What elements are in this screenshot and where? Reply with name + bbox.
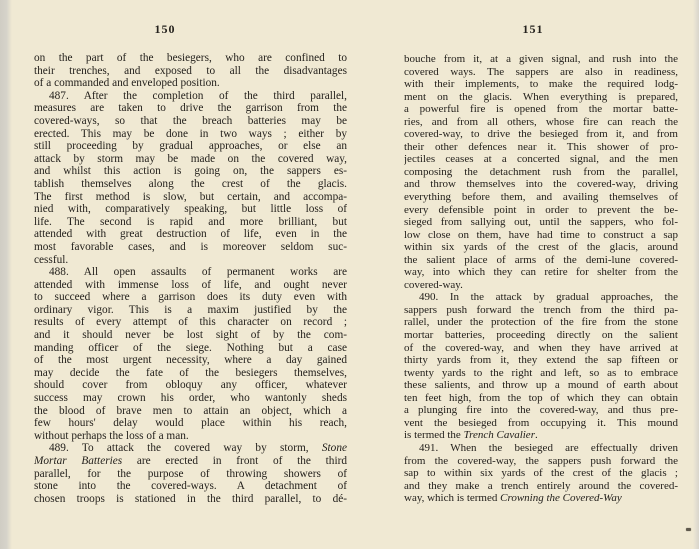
text-line: within six yards of the crest of the gla…	[404, 241, 678, 254]
text-line: chosen troops is stationed in the third …	[34, 493, 347, 506]
text-line: ordinary vigor. This is a maxim justifie…	[34, 304, 347, 317]
text-line: life. The second is rapid and more brill…	[34, 216, 347, 229]
text-line: sap to within six yards of the crest of …	[404, 467, 678, 480]
text-line: of the most urgent necessity, where a da…	[34, 354, 347, 367]
text-line: thirty yards from it, they extend the sa…	[404, 354, 678, 367]
text-line: vent the besieged from occupying it. Thi…	[404, 417, 678, 430]
text-line: cessful.	[34, 254, 347, 267]
text-line: The first method is slow, but certain, a…	[34, 191, 347, 204]
text-line: covered-way.	[404, 279, 678, 292]
text-line: success may crown his order, who wantonl…	[34, 392, 347, 405]
text-line: 491. When the besieged are effectually d…	[404, 442, 678, 455]
text-line: way, into which they can retire for shel…	[404, 266, 678, 279]
text-line: 489. To attack the covered way by storm,…	[34, 442, 347, 455]
text-line: covered ways. The sappers are also in re…	[404, 66, 678, 79]
page-text-left: on the part of the besiegers, who are co…	[34, 52, 347, 505]
text-line: should cover from obloquy any officer, w…	[34, 379, 347, 392]
text-line: and whilst this action is going on, the …	[34, 165, 347, 178]
text-line: nied with, comparatively speaking, but l…	[34, 203, 347, 216]
text-line: these salients, and throw up a mound of …	[404, 379, 678, 392]
text-line: results of every attempt of this charact…	[34, 316, 347, 329]
text-line: their trenches, and exposed to all the d…	[34, 65, 347, 78]
text-line: sappers push forward the trench from the…	[404, 304, 678, 317]
text-line: may decide the fate of the besiegers the…	[34, 367, 347, 380]
text-line: erected. This may be done in two ways ; …	[34, 128, 347, 141]
text-line: and they make a trench entirely around t…	[404, 480, 678, 493]
text-line: sieged from sallying out, until the sapp…	[404, 216, 678, 229]
text-line: everything before them, and availing the…	[404, 191, 678, 204]
text-line: still proceeding by gradual approaches, …	[34, 140, 347, 153]
text-line: attack by storm may be made on the cover…	[34, 153, 347, 166]
text-line: parallel, for the purpose of throwing sh…	[34, 468, 347, 481]
text-line: covered-way, to drive the besieged from …	[404, 128, 678, 141]
text-line: a powerful fire is opened from the morta…	[404, 103, 678, 116]
text-line: of the covered-way, and when they have a…	[404, 342, 678, 355]
text-line: rallel, under the protection of the fire…	[404, 316, 678, 329]
text-line: a plunging fire into the covered-way, an…	[404, 404, 678, 417]
text-line: composing the detachment rush from the p…	[404, 166, 678, 179]
text-line: with their implements, to make the requi…	[404, 78, 678, 91]
text-line: jectiles ceases at a concerted signal, a…	[404, 153, 678, 166]
text-line: ment on the glacis. When everything is p…	[404, 91, 678, 104]
text-line: manding officer of the siege. Nothing bu…	[34, 342, 347, 355]
text-line: ries, and from all others, whose fire ca…	[404, 116, 678, 129]
text-line: attended with immense loss of life, and …	[34, 279, 347, 292]
text-line: 487. After the completion of the third p…	[34, 90, 347, 103]
scan-edge-left	[0, 0, 12, 549]
text-line: on the part of the besiegers, who are co…	[34, 52, 347, 65]
text-line: the blood of brave men to attain an obje…	[34, 405, 347, 418]
text-line: their other defences near it. This showe…	[404, 141, 678, 154]
text-line: stone into the covered-ways. A detachmen…	[34, 480, 347, 493]
text-line: twenty yards to the right and left, so a…	[404, 367, 678, 380]
text-line: 490. In the attack by gradual approaches…	[404, 291, 678, 304]
text-line: of a commanded and enveloped position.	[34, 77, 347, 90]
text-line: covered-ways, so that the breach batteri…	[34, 115, 347, 128]
text-line: and it should never be lost sight of by …	[34, 329, 347, 342]
text-line: measures are taken to drive the garrison…	[34, 102, 347, 115]
text-line: Mortar Batteries are erected in front of…	[34, 455, 347, 468]
text-line: without perhaps the loss of a man.	[34, 430, 347, 443]
paper-speck	[686, 528, 691, 531]
text-line: 488. All open assaults of permanent work…	[34, 266, 347, 279]
scan-edge-right	[693, 0, 699, 549]
text-line: ten feet high, from the top of which the…	[404, 392, 678, 405]
page-number-left: 150	[34, 22, 296, 38]
page-number-right: 151	[404, 22, 662, 38]
text-line: attended with great destruction of life,…	[34, 228, 347, 241]
text-line: mortar batteries, proceeding directly on…	[404, 329, 678, 342]
text-line: few hours' delay would place within his …	[34, 417, 347, 430]
text-line: from the covered-way, the sappers push f…	[404, 455, 678, 468]
text-line: most favorable cases, and is moreover se…	[34, 241, 347, 254]
text-line: bouche from it, at a given signal, and r…	[404, 53, 678, 66]
page-text-right: bouche from it, at a given signal, and r…	[404, 53, 678, 505]
text-line: the salient place of arms of the demi-lu…	[404, 254, 678, 267]
text-line: and throw themselves into the covered-wa…	[404, 178, 678, 191]
text-line: way, which is termed Crowning the Covere…	[404, 492, 678, 505]
text-line: to succeed where a garrison does its dut…	[34, 291, 347, 304]
text-line: tablish themselves along the crest of th…	[34, 178, 347, 191]
text-line: low close on them, have had time to cons…	[404, 229, 678, 242]
text-line: is termed the Trench Cavalier.	[404, 429, 678, 442]
text-line: every defensible point in order to preve…	[404, 204, 678, 217]
